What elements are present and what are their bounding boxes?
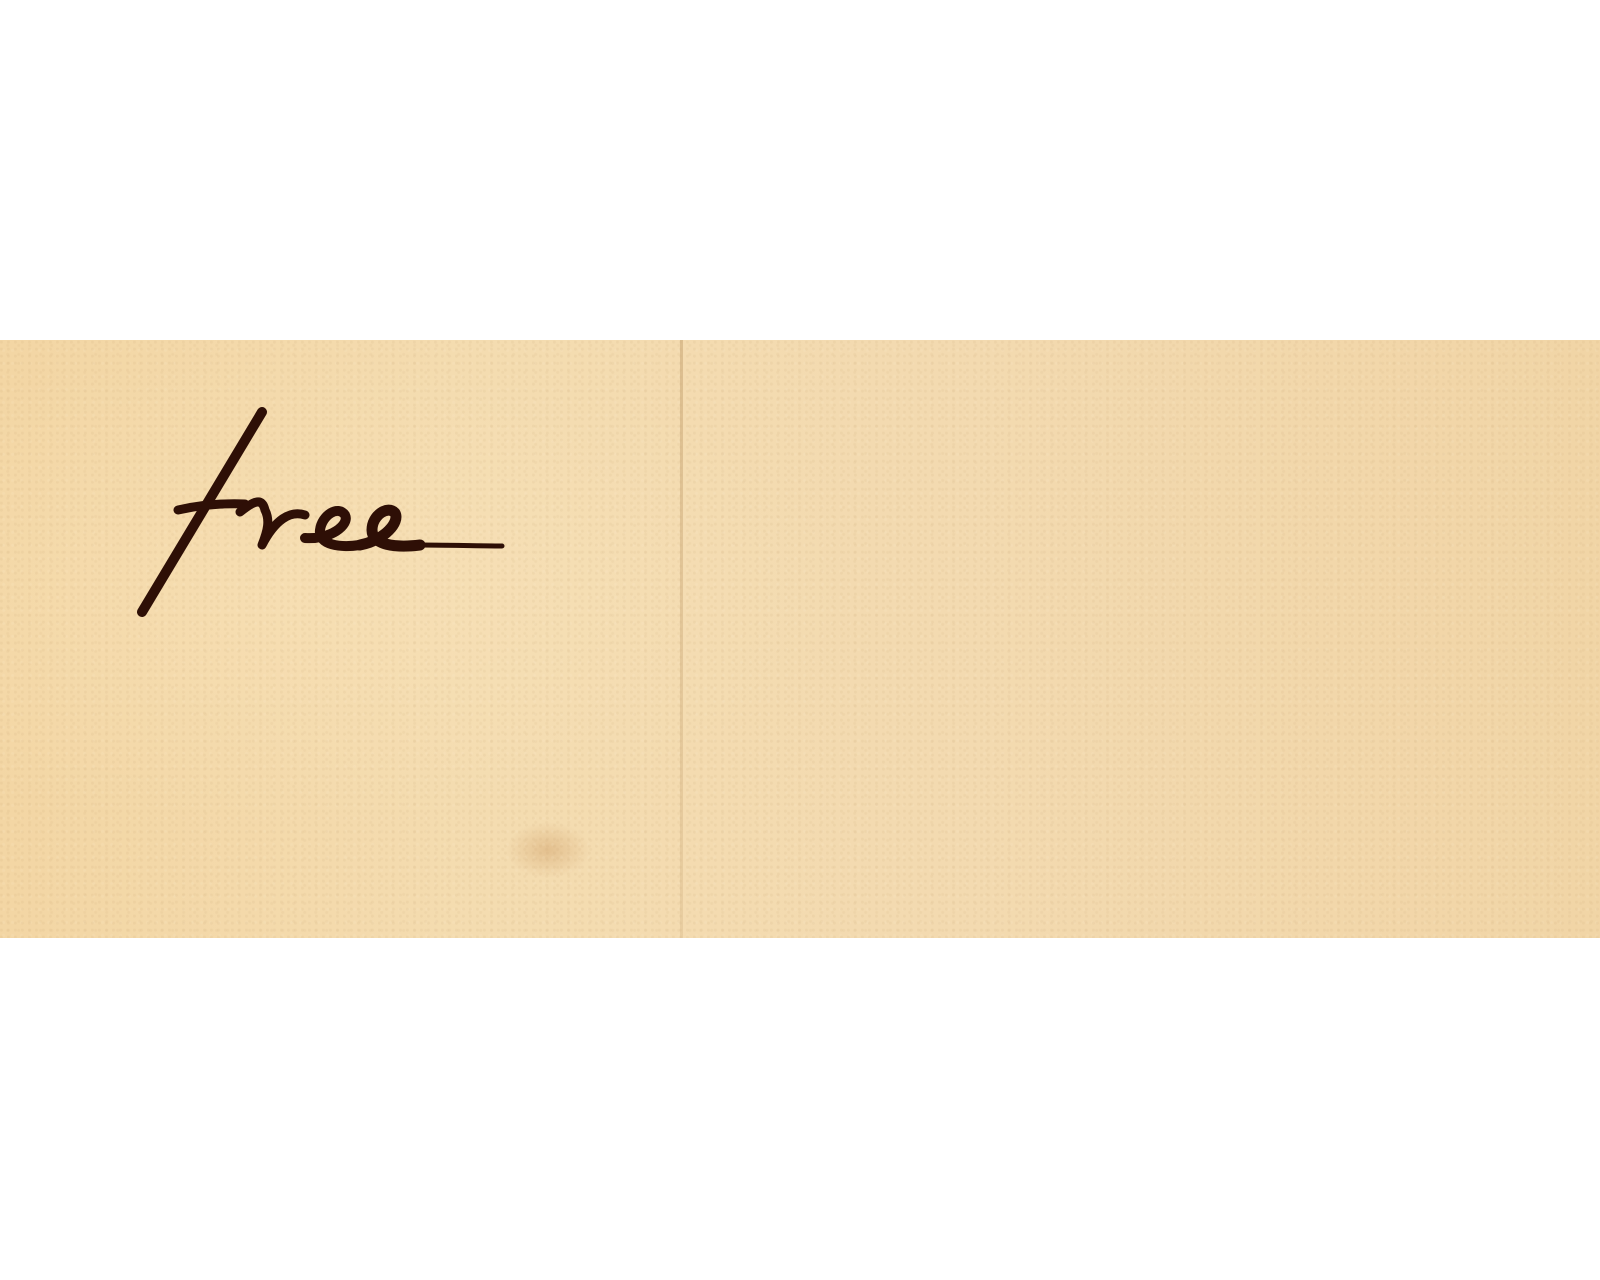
handwriting <box>0 0 1600 1280</box>
handwritten-word-free <box>142 412 502 612</box>
page: free Th: Jefferson free Th: Jefferson <box>0 0 1600 1280</box>
